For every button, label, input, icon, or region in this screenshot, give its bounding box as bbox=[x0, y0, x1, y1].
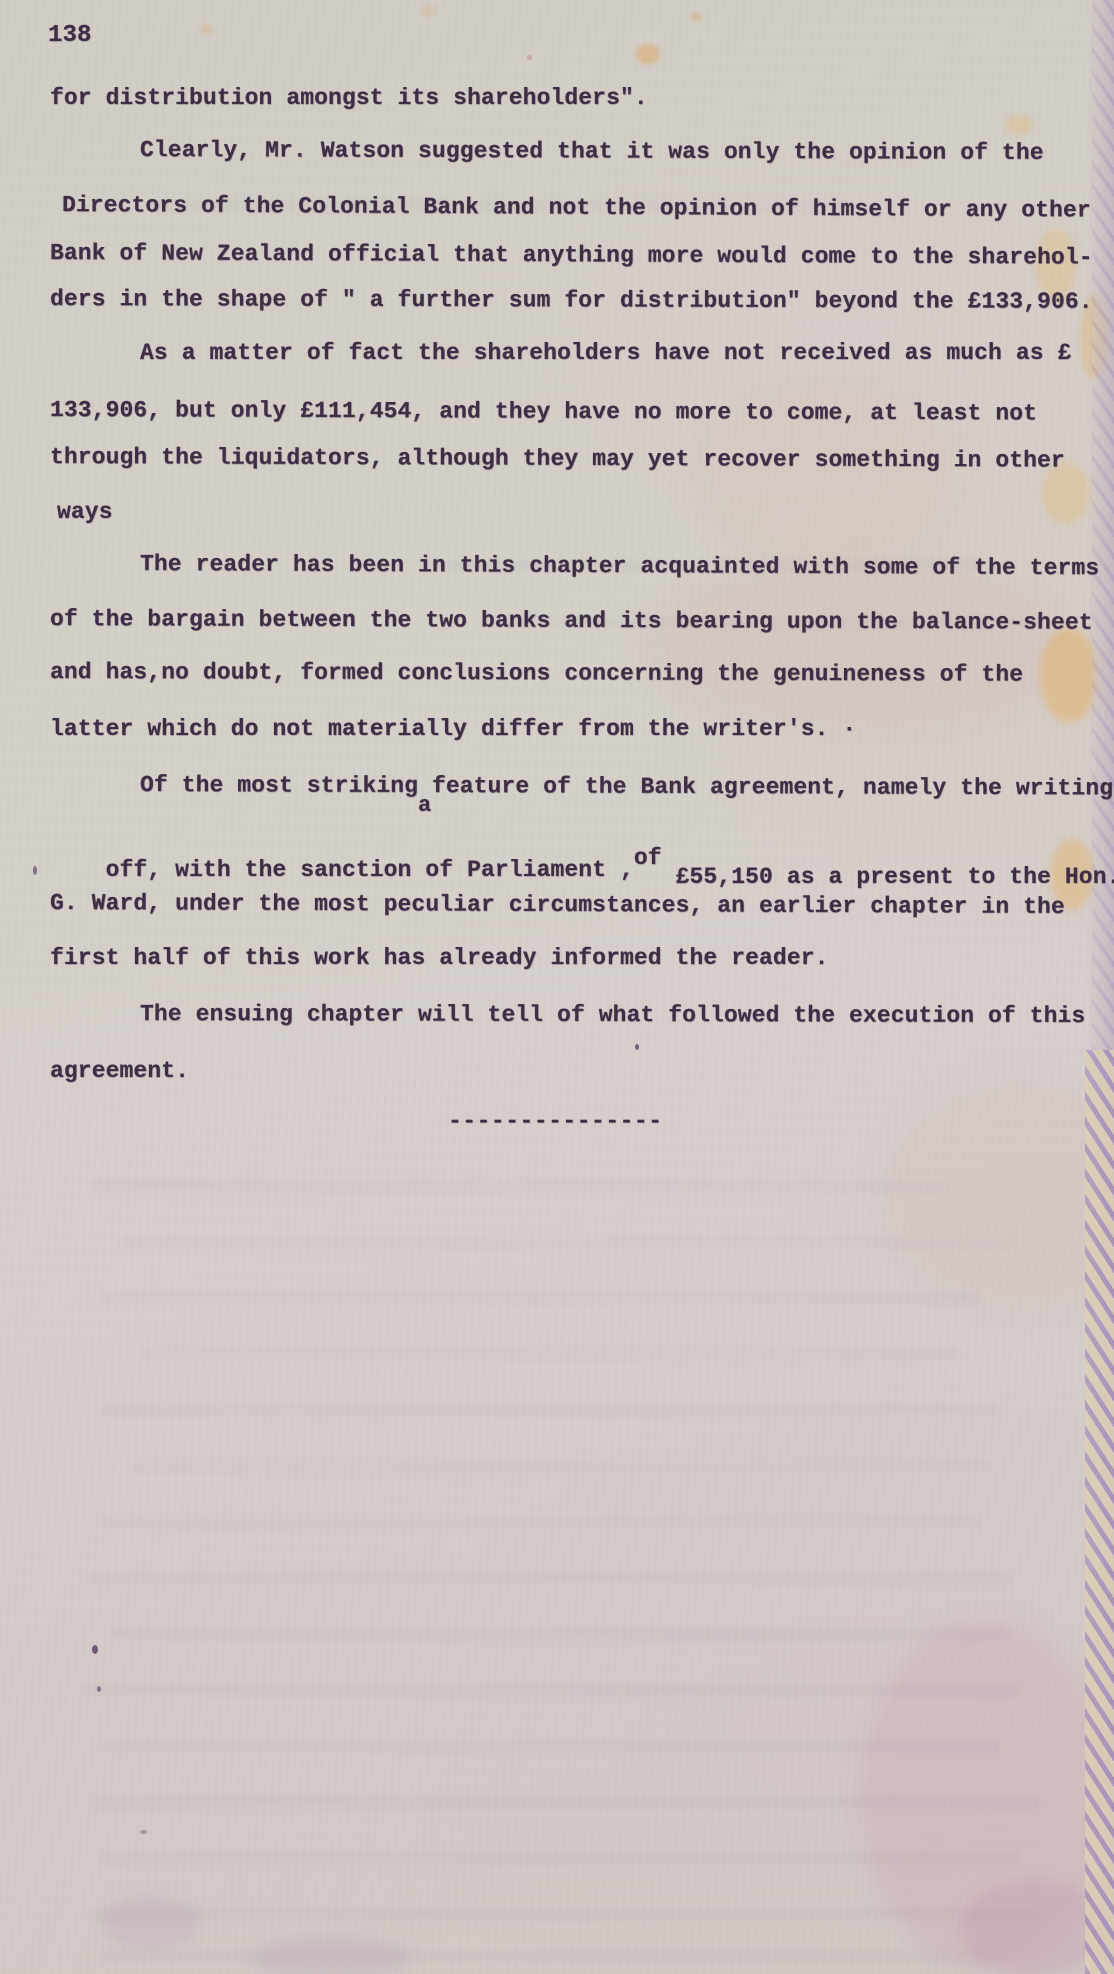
typed-line: Directors of the Colonial Bank and not t… bbox=[62, 192, 1091, 224]
stain bbox=[636, 44, 660, 64]
stain bbox=[420, 6, 436, 16]
stain bbox=[880, 1080, 1114, 1310]
typed-line: first half of this work has already info… bbox=[50, 945, 829, 972]
page-number: 138 bbox=[48, 22, 92, 49]
page-edge-stripes bbox=[1085, 1050, 1114, 1974]
stain bbox=[100, 1895, 200, 1950]
typed-segment: off, with the sanction of Parliament , bbox=[106, 857, 634, 884]
stain bbox=[1005, 115, 1033, 135]
showthrough-line bbox=[90, 1908, 1040, 1920]
ink-speck bbox=[140, 1830, 147, 1834]
stain bbox=[960, 1880, 1110, 1974]
ink-speck bbox=[97, 1686, 101, 1692]
typed-line: latter which do not materially differ fr… bbox=[50, 716, 856, 743]
typed-line: The ensuing chapter will tell of what fo… bbox=[140, 1001, 1085, 1030]
ink-speck bbox=[635, 1044, 639, 1050]
stain bbox=[250, 1935, 410, 1974]
typed-line: ways bbox=[57, 499, 113, 526]
typed-line: ders in the shape of " a further sum for… bbox=[50, 286, 1093, 316]
document-page: 138 for distribution amongst its shareho… bbox=[0, 0, 1114, 1974]
showthrough-line bbox=[100, 1404, 1000, 1416]
showthrough-line bbox=[100, 1516, 980, 1528]
ink-speck bbox=[92, 1645, 98, 1654]
showthrough-line bbox=[90, 1796, 1040, 1808]
stain bbox=[860, 1620, 1110, 1970]
ink-speck bbox=[527, 55, 532, 60]
stain bbox=[640, 560, 1070, 730]
showthrough-line bbox=[130, 1460, 990, 1472]
stain bbox=[1040, 628, 1098, 723]
showthrough-line bbox=[120, 1236, 1020, 1248]
typed-line: for distribution amongst its shareholder… bbox=[50, 85, 648, 112]
typed-line: agreement. bbox=[50, 1058, 189, 1085]
typed-line: Bank of New Zealand official that anythi… bbox=[50, 240, 1093, 272]
typed-line: Of the most striking feature of the Bank… bbox=[140, 772, 1113, 802]
showthrough-line bbox=[140, 1348, 960, 1360]
typed-divider-rule: --------------- bbox=[448, 1108, 663, 1135]
showthrough-line bbox=[110, 1628, 1010, 1640]
showthrough-line bbox=[90, 1180, 950, 1192]
showthrough-line bbox=[80, 1684, 1020, 1696]
typed-line: G. Ward, under the most peculiar circums… bbox=[50, 890, 1065, 921]
typed-line: The reader has been in this chapter acqu… bbox=[140, 551, 1099, 582]
stain bbox=[690, 12, 702, 22]
typed-line: 133,906, but only £111,454, and they hav… bbox=[50, 397, 1037, 427]
typed-line: and has,no doubt, formed conclusions con… bbox=[50, 659, 1023, 689]
showthrough-line bbox=[100, 1950, 1000, 1962]
typed-segment-lowered: £55,150 as a present to the Hon.J, bbox=[662, 864, 1114, 891]
showthrough-line bbox=[90, 1572, 1010, 1584]
typed-line: Clearly, Mr. Watson suggested that it wa… bbox=[140, 137, 1044, 167]
showthrough-line bbox=[100, 1852, 1020, 1864]
showthrough-line bbox=[100, 1292, 980, 1304]
typed-line: of the bargain between the two banks and… bbox=[50, 606, 1093, 637]
inserted-correction-letter: a bbox=[418, 792, 431, 819]
typed-line: As a matter of fact the shareholders hav… bbox=[140, 340, 1071, 367]
ink-speck bbox=[33, 866, 37, 875]
typed-segment-raised: of bbox=[634, 845, 662, 872]
typed-line: through the liquidators, although they m… bbox=[50, 444, 1065, 475]
stain bbox=[200, 24, 214, 34]
showthrough-line bbox=[100, 1740, 1000, 1752]
